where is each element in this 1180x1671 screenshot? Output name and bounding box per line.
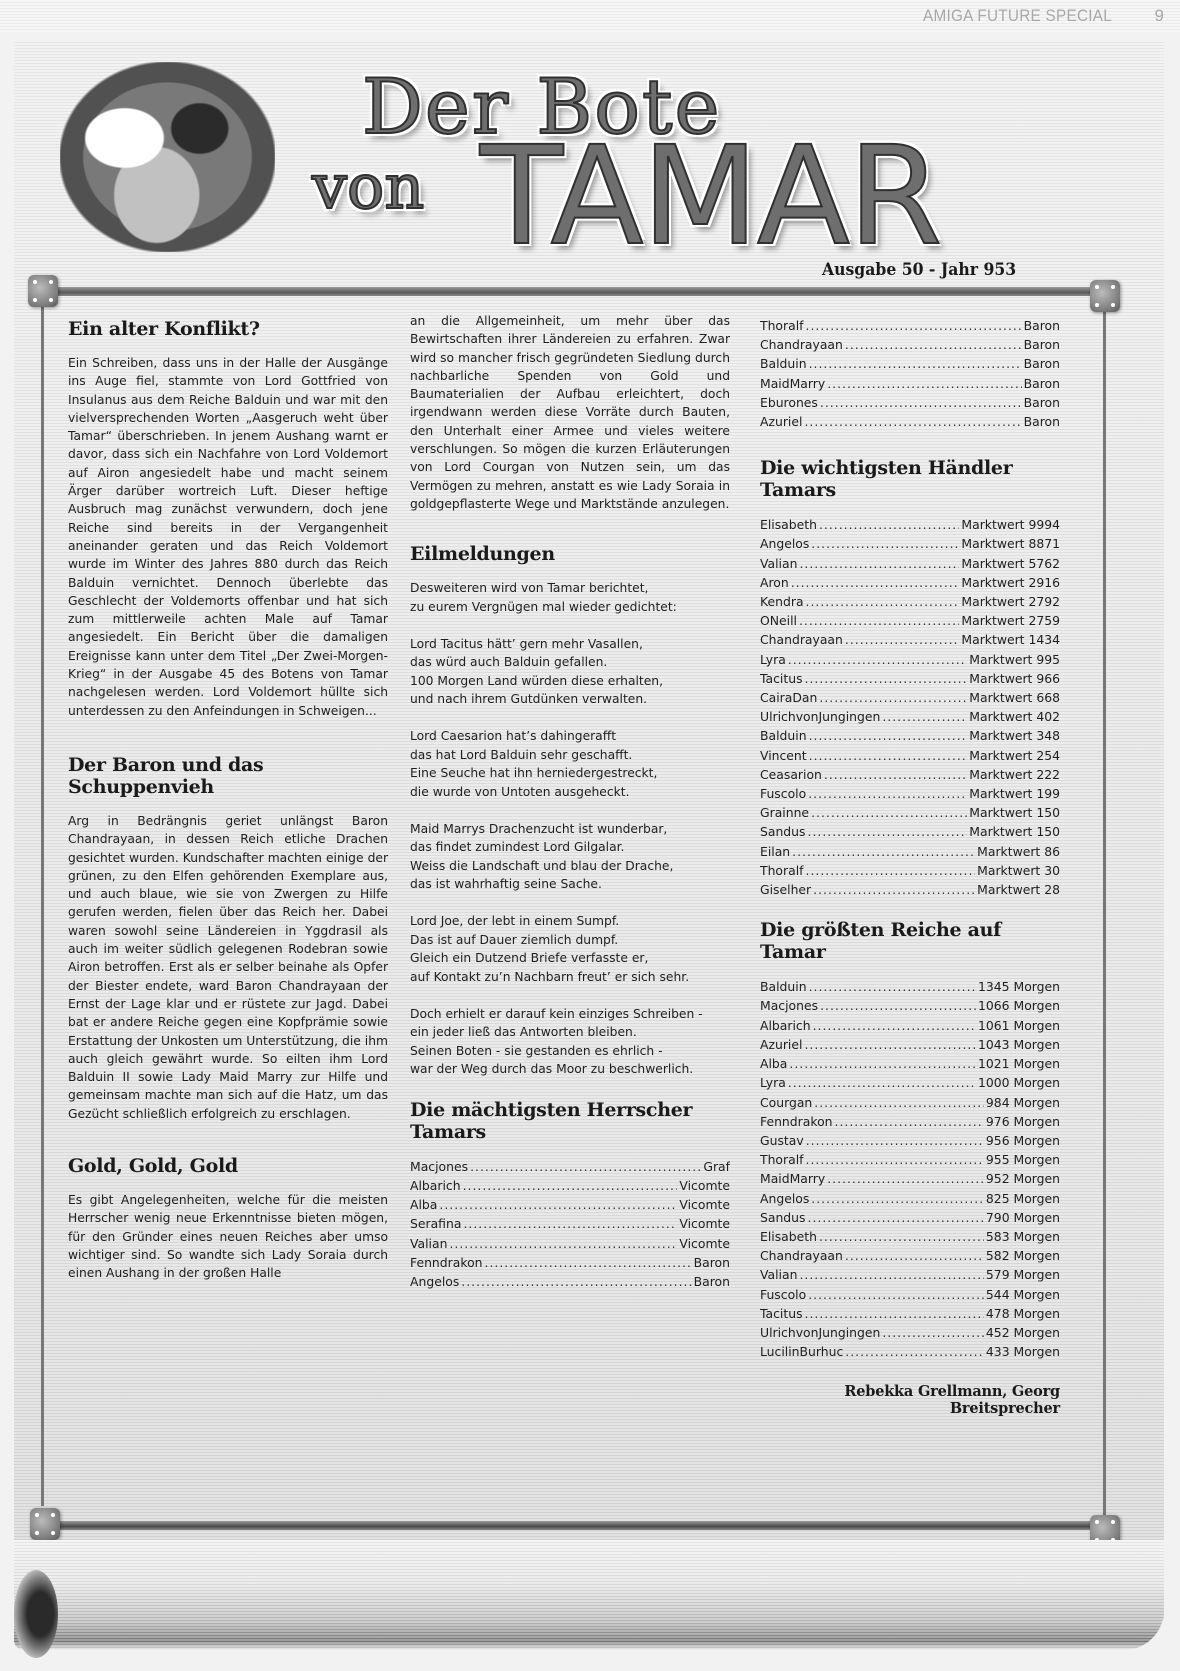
article-gold: Gold, Gold, Gold Es gibt Angelegenheiten… <box>68 1155 388 1282</box>
ranking-row: Albarich1061 Morgen <box>760 1016 1060 1035</box>
ranking-row: EburonesBaron <box>760 393 1060 412</box>
rod-knob-icon <box>28 275 58 307</box>
author-signature: Rebekka Grellmann, Georg Breitsprecher <box>760 1383 1060 1417</box>
verse-stanza: Lord Tacitus hätt’ gern mehr Vasallen, d… <box>410 635 730 709</box>
ranking-row: Azuriel1043 Morgen <box>760 1035 1060 1054</box>
column-1: Ein alter Konflikt? Ein Schreiben, dass … <box>68 318 388 1417</box>
ranking-row: Fenndrakon976 Morgen <box>760 1112 1060 1131</box>
ranking-row: ThoralfMarktwert 30 <box>760 861 1060 880</box>
ranking-row: ValianVicomte <box>410 1234 730 1253</box>
ranking-row: MacjonesGraf <box>410 1157 730 1176</box>
ranking-row: KendraMarktwert 2792 <box>760 592 1060 611</box>
scroll-cord-right <box>1103 296 1106 1516</box>
ranking-row: ThoralfBaron <box>760 316 1060 335</box>
ranking-row: AronMarktwert 2916 <box>760 573 1060 592</box>
ranking-row: Macjones1066 Morgen <box>760 996 1060 1015</box>
scroll-roll-bottom <box>14 1540 1164 1650</box>
verse-line: Seinen Boten - sie gestanden es ehrlich … <box>410 1042 730 1061</box>
ranking-row: Lyra1000 Morgen <box>760 1073 1060 1092</box>
article-baron: Der Baron und das Schuppenvieh Arg in Be… <box>68 754 388 1123</box>
ranking-row: ElisabethMarktwert 9994 <box>760 515 1060 534</box>
verse-line: ein jeder ließ das Antworten bleiben. <box>410 1023 730 1042</box>
verse-line: Weiss die Landschaft und blau der Drache… <box>410 857 730 876</box>
scroll-cord-left <box>41 296 44 1506</box>
article-body: Arg in Bedrängnis geriet unlängst Baron … <box>68 812 388 1123</box>
ranking-row: GiselherMarktwert 28 <box>760 880 1060 899</box>
ranking-haendler: Die wichtigsten Händler Tamars Elisabeth… <box>760 457 1060 899</box>
verse-line: Doch erhielt er darauf kein einziges Sch… <box>410 1005 730 1024</box>
ranking-row: Alba1021 Morgen <box>760 1054 1060 1073</box>
verse-line: Lord Tacitus hätt’ gern mehr Vasallen, <box>410 635 730 654</box>
article-heading: Der Baron und das Schuppenvieh <box>68 754 388 798</box>
ranking-row: SandusMarktwert 150 <box>760 822 1060 841</box>
ranking-row: ChandrayaanBaron <box>760 335 1060 354</box>
ranking-row: Chandrayaan582 Morgen <box>760 1246 1060 1265</box>
ranking-row: ValianMarktwert 5762 <box>760 554 1060 573</box>
page-number: 9 <box>1155 6 1164 26</box>
ranking-herrscher: Die mächtigsten Herrscher Tamars Macjone… <box>410 1099 730 1291</box>
masthead-title-von: von <box>312 150 424 223</box>
ranking-row: UlrichvonJungingen452 Morgen <box>760 1323 1060 1342</box>
ranking-row: AngelosBaron <box>410 1272 730 1291</box>
masthead-title-tamar: TAMAR <box>480 118 940 276</box>
ranking-row: AzurielBaron <box>760 412 1060 431</box>
scroll-curl-icon <box>14 1570 58 1658</box>
ranking-row: EilanMarktwert 86 <box>760 842 1060 861</box>
rod-knob-icon <box>30 1508 60 1540</box>
two-scholars-illustration-icon <box>60 62 275 252</box>
ranking-row: Sandus790 Morgen <box>760 1208 1060 1227</box>
ranking-row: AlbaVicomte <box>410 1195 730 1214</box>
ranking-row: GrainneMarktwert 150 <box>760 803 1060 822</box>
article-gold-continued: an die Allgemeinheit, um mehr über das B… <box>410 312 730 513</box>
ranking-row: FuscoloMarktwert 199 <box>760 784 1060 803</box>
ranking-row: UlrichvonJungingenMarktwert 402 <box>760 707 1060 726</box>
verse-line: zu eurem Vergnügen mal wieder gedichtet: <box>410 598 730 617</box>
ranking-reiche: Die größten Reiche auf Tamar Balduin1345… <box>760 919 1060 1361</box>
ranking-row: Fuscolo544 Morgen <box>760 1285 1060 1304</box>
ranking-row: ChandrayaanMarktwert 1434 <box>760 630 1060 649</box>
verse-line: Lord Joe, der lebt in einem Sumpf. <box>410 912 730 931</box>
page-header: AMIGA FUTURE SPECIAL 9 <box>0 0 1180 32</box>
article-columns: Ein alter Konflikt? Ein Schreiben, dass … <box>68 318 1074 1417</box>
article-heading: Ein alter Konflikt? <box>68 318 388 340</box>
ranking-row: CairaDanMarktwert 668 <box>760 688 1060 707</box>
ranking-row: Balduin1345 Morgen <box>760 977 1060 996</box>
ranking-row: Elisabeth583 Morgen <box>760 1227 1060 1246</box>
ranking-row: Gustav956 Morgen <box>760 1131 1060 1150</box>
verse-line: Desweiteren wird von Tamar berichtet, <box>410 579 730 598</box>
ranking-list: ElisabethMarktwert 9994 AngelosMarktwert… <box>760 515 1060 899</box>
ranking-row: AngelosMarktwert 8871 <box>760 534 1060 553</box>
ranking-row: SerafinaVicomte <box>410 1214 730 1233</box>
column-3: ThoralfBaron ChandrayaanBaron BalduinBar… <box>760 318 1060 1417</box>
ranking-row: LyraMarktwert 995 <box>760 650 1060 669</box>
ranking-row: TacitusMarktwert 966 <box>760 669 1060 688</box>
verse-line: die wurde von Untoten ausgeheckt. <box>410 783 730 802</box>
article-eilmeldungen: Eilmeldungen Desweiteren wird von Tamar … <box>410 543 730 1079</box>
verse-line: Maid Marrys Drachenzucht ist wunderbar, <box>410 820 730 839</box>
ranking-list: Balduin1345 Morgen Macjones1066 Morgen A… <box>760 977 1060 1361</box>
verse-line: das findet zumindest Lord Gilgalar. <box>410 838 730 857</box>
ranking-row: Thoralf955 Morgen <box>760 1150 1060 1169</box>
ranking-row: Angelos825 Morgen <box>760 1189 1060 1208</box>
ranking-row: Tacitus478 Morgen <box>760 1304 1060 1323</box>
ranking-row: VincentMarktwert 254 <box>760 746 1060 765</box>
article-body: Ein Schreiben, dass uns in der Halle der… <box>68 354 388 720</box>
verse-line: das würd auch Balduin gefallen. <box>410 653 730 672</box>
article-konflikt: Ein alter Konflikt? Ein Schreiben, dass … <box>68 318 388 720</box>
ranking-row: BalduinMarktwert 348 <box>760 726 1060 745</box>
running-head: AMIGA FUTURE SPECIAL <box>923 6 1112 26</box>
column-2: an die Allgemeinheit, um mehr über das B… <box>410 318 730 1417</box>
ranking-heading: Die wichtigsten Händler Tamars <box>760 457 1060 501</box>
ranking-list: MacjonesGraf AlbarichVicomte AlbaVicomte… <box>410 1157 730 1291</box>
verse-stanza: Doch erhielt er darauf kein einziges Sch… <box>410 1005 730 1079</box>
article-heading: Gold, Gold, Gold <box>68 1155 388 1177</box>
ranking-row: Valian579 Morgen <box>760 1265 1060 1284</box>
verse-stanza: Lord Joe, der lebt in einem Sumpf. Das i… <box>410 912 730 986</box>
ranking-row: BalduinBaron <box>760 354 1060 373</box>
verse-line: Gleich ein Dutzend Briefe verfasste er, <box>410 949 730 968</box>
article-heading: Eilmeldungen <box>410 543 730 565</box>
ranking-row: MaidMarry952 Morgen <box>760 1169 1060 1188</box>
article-body: Es gibt Angelegenheiten, welche für die … <box>68 1191 388 1282</box>
issue-number: Ausgabe 50 - Jahr 953 <box>822 260 1016 280</box>
verse-line: war der Weg durch das Moor zu beschwerli… <box>410 1060 730 1079</box>
verse-line: das hat Lord Balduin sehr geschafft. <box>410 746 730 765</box>
verse-stanza: Maid Marrys Drachenzucht ist wunderbar, … <box>410 820 730 894</box>
verse-stanza: Lord Caesarion hat’s dahingerafft das ha… <box>410 727 730 801</box>
verse-line: das ist wahrhaftig seine Sache. <box>410 875 730 894</box>
ranking-row: Courgan984 Morgen <box>760 1093 1060 1112</box>
ranking-row: MaidMarryBaron <box>760 374 1060 393</box>
ranking-row: CeasarionMarktwert 222 <box>760 765 1060 784</box>
verse-line: auf Kontakt zu’n Nachbarn freut’ er sich… <box>410 968 730 987</box>
scroll-rod-top <box>50 287 1100 296</box>
verse-line: Lord Caesarion hat’s dahingerafft <box>410 727 730 746</box>
ranking-heading: Die mächtigsten Herrscher Tamars <box>410 1099 730 1143</box>
verse-line: 100 Morgen Land würden diese erhalten, <box>410 672 730 691</box>
verse-stanza: Desweiteren wird von Tamar berichtet, zu… <box>410 579 730 616</box>
ranking-heading: Die größten Reiche auf Tamar <box>760 919 1060 963</box>
verse-line: und nach ihrem Gutdünken verwalten. <box>410 690 730 709</box>
rod-knob-icon <box>1090 280 1120 312</box>
ranking-row: AlbarichVicomte <box>410 1176 730 1195</box>
scroll-rod-bottom <box>50 1521 1100 1530</box>
ranking-row: LucilinBurhuc433 Morgen <box>760 1342 1060 1361</box>
article-body: an die Allgemeinheit, um mehr über das B… <box>410 312 730 513</box>
ranking-row: FenndrakonBaron <box>410 1253 730 1272</box>
verse-line: Das ist auf Dauer ziemlich dumpf. <box>410 931 730 950</box>
ranking-row: ONeillMarktwert 2759 <box>760 611 1060 630</box>
ranking-list-continued: ThoralfBaron ChandrayaanBaron BalduinBar… <box>760 316 1060 431</box>
verse-line: Eine Seuche hat ihn herniedergestreckt, <box>410 764 730 783</box>
